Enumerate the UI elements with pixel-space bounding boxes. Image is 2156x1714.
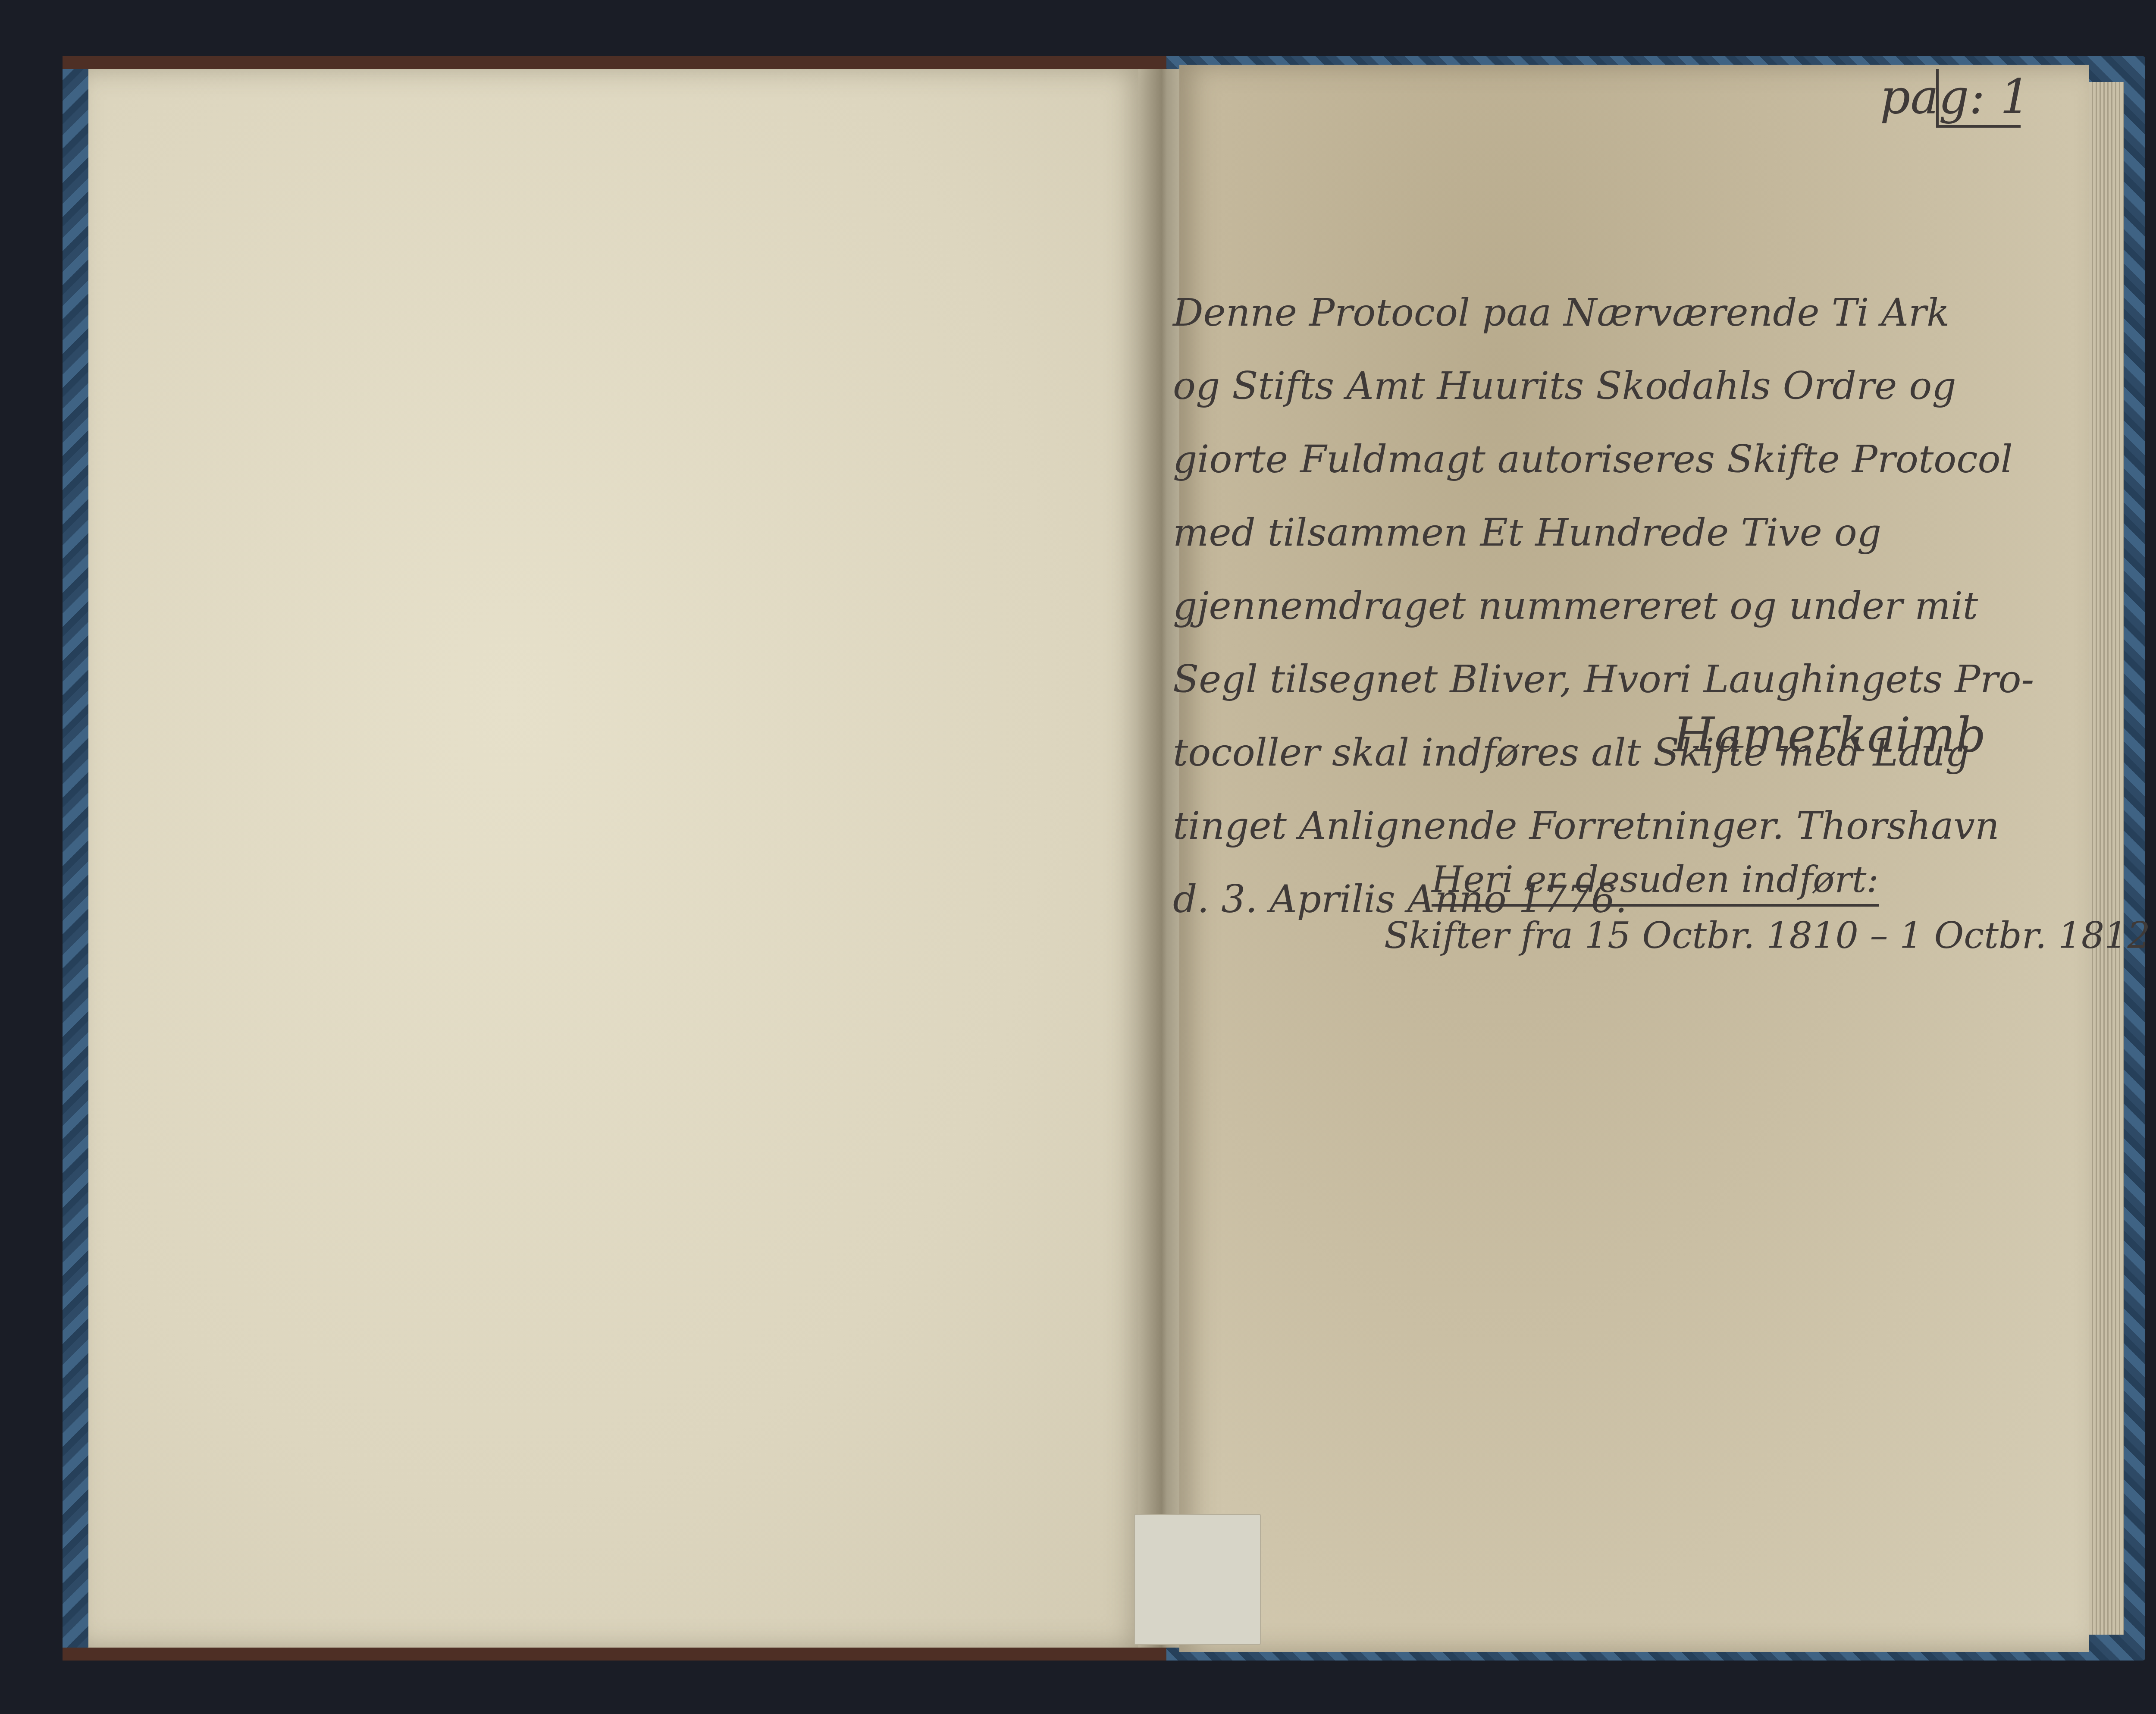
- leather-binding-bottom: [63, 1648, 1166, 1661]
- leather-binding-top: [63, 56, 1166, 69]
- left-page-blank: [88, 69, 1145, 1648]
- page-block-edges: [2089, 82, 2124, 1635]
- signature: Hamerkaimb: [1673, 707, 1986, 763]
- text-line: tinget Anlignende Forretninger. Thorshav…: [1173, 789, 2034, 863]
- embossed-seal-stamp: [1134, 1514, 1261, 1645]
- manuscript-main-text: Denne Protocol paa Nærværende Ti Ark og …: [1173, 276, 2034, 936]
- text-line: og Stifts Amt Huurits Skodahls Ordre og: [1173, 349, 2034, 423]
- later-note-line: Skifter fra 15 Octbr. 1810 – 1 Octbr. 18…: [1384, 914, 2150, 957]
- text-line: giorte Fuldmagt autoriseres Skifte Proto…: [1173, 423, 2034, 496]
- text-line: gjennemdraget nummereret og under mit: [1173, 569, 2034, 643]
- text-line: Segl tilsegnet Bliver, Hvori Laughingets…: [1173, 643, 2034, 716]
- text-line: med tilsammen Et Hundrede Tive og: [1173, 496, 2034, 569]
- text-line: Denne Protocol paa Nærværende Ti Ark: [1173, 276, 2034, 349]
- later-note-title: Heri er desuden indført:: [1432, 858, 1879, 907]
- page-number-bracket: [1936, 69, 2021, 128]
